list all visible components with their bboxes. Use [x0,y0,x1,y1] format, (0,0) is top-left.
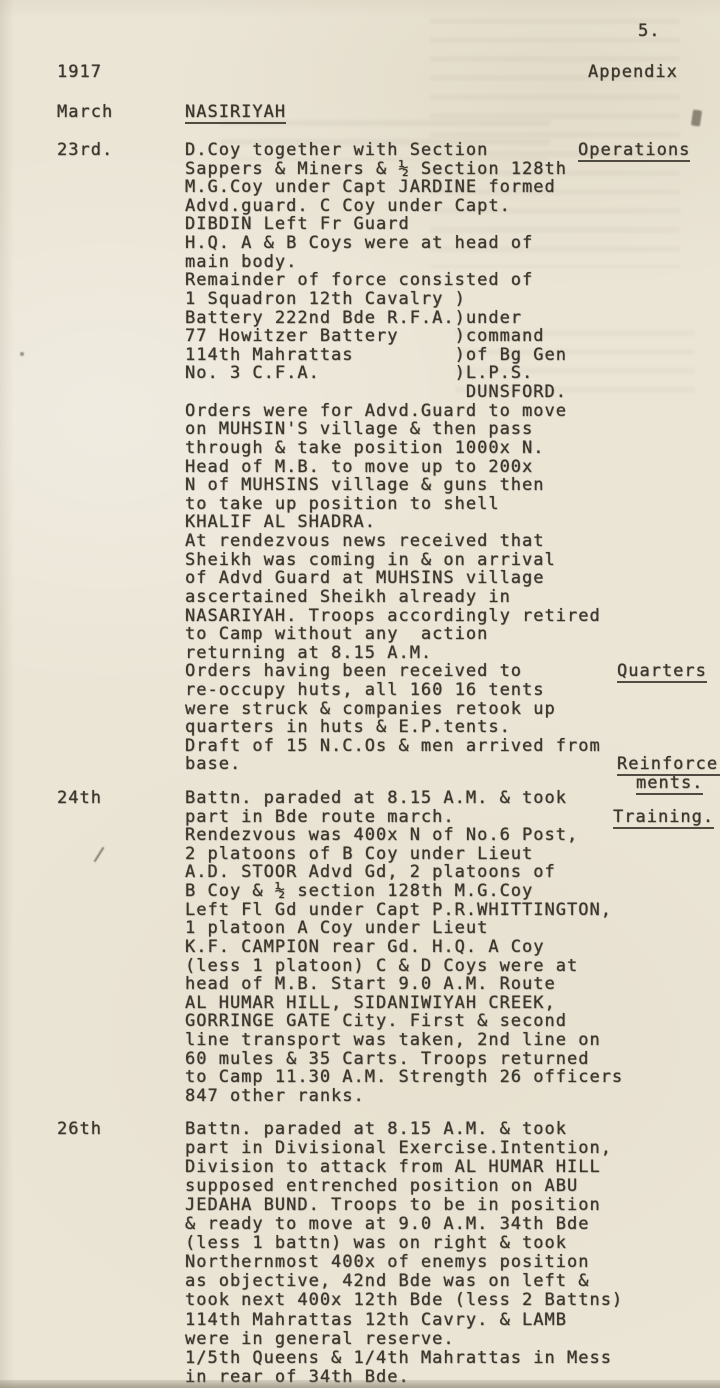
entry-line: main body. [185,253,297,271]
entry-line: supposed entrenched position on ABU [185,1177,578,1195]
entry-line: Rendezvous was 400x N of No.6 Post, [185,826,578,844]
entry-date: 24th [57,789,102,807]
entry-line: Battn. paraded at 8.15 A.M. & took [185,789,567,807]
entry-line: 114th Mahrattas )of Bg Gen [185,346,567,364]
appendix-label: Appendix [588,63,678,81]
entry-line: AL HUMAR HILL, SIDANIWIYAH CREEK, [185,994,556,1012]
entry-line: (less 1 battn) was on right & took [185,1234,567,1252]
ink-dot [20,352,24,356]
entry-line: B Coy & ½ section 128th M.G.Coy [185,882,533,900]
entry-line: through & take position 1000x N. [185,439,545,457]
entry-line: KHALIF AL SHADRA. [185,513,376,531]
entry-line: 1 platoon A Coy under Lieut [185,919,488,937]
entry-line: were struck & companies retook up [185,700,556,718]
entry-line: DUNSFORD. [185,383,567,401]
entry-line: Orders were for Advd.Guard to move [185,402,567,420]
entry-line: line transport was taken, 2nd line on [185,1031,601,1049]
entry-line: part in Bde route march. [185,808,455,826]
entry-line: K.F. CAMPION rear Gd. H.Q. A Coy [185,938,545,956]
entry-line: 77 Howitzer Battery )command [185,327,545,345]
entry-line: At rendezvous news received that [185,532,545,550]
entry-line: 1 Squadron 12th Cavalry ) [185,290,466,308]
entry-date: 23rd. [57,141,113,159]
margin-note: ments. [636,774,703,795]
document-page: 5. 1917 Appendix MarchNASIRIYAH23rd.D.Co… [0,0,720,1388]
entry-line: Left Fl Gd under Capt P.R.WHITTINGTON, [185,901,612,919]
pen-stroke [94,847,105,862]
year-label: 1917 [57,63,102,81]
entry-line: took next 400x 12th Bde (less 2 Battns) [185,1291,623,1309]
entry-line: Advd.guard. C Coy under Capt. [185,197,511,215]
entry-line: Division to attack from AL HUMAR HILL [185,1158,601,1176]
entry-line: Sappers & Miners & ½ Section 128th [185,160,567,178]
entry-line: part in Divisional Exercise.Intention, [185,1139,612,1157]
entry-line: on MUHSIN'S village & then pass [185,420,533,438]
entry-line: No. 3 C.F.A. )L.P.S. [185,364,533,382]
ink-smudge [691,109,702,126]
entry-line: NASARIYAH. Troops accordingly retired [185,607,601,625]
entry-line: Battn. paraded at 8.15 A.M. & took [185,1120,567,1138]
section-heading: NASIRIYAH [185,103,286,124]
entry-line: A.D. STOOR Advd Gd, 2 platoons of [185,863,556,881]
entry-line: & ready to move at 9.0 A.M. 34th Bde [185,1215,589,1233]
entry-line: 1/5th Queens & 1/4th Mahrattas in Mess [185,1349,612,1367]
margin-note: Training. [613,808,714,829]
entry-line: in rear of 34th Bde. [185,1368,410,1386]
margin-note: Operations [578,141,690,162]
entry-line: to Camp 11.30 A.M. Strength 26 officers [185,1068,623,1086]
entry-date: March [57,103,113,121]
entry-line: H.Q. A & B Coys were at head of [185,234,533,252]
entry-line: returning at 8.15 A.M. [185,644,432,662]
page-number: 5. [638,22,660,40]
entry-line: head of M.B. Start 9.0 A.M. Route [185,975,556,993]
entry-line: JEDAHA BUND. Troops to be in position [185,1196,601,1214]
entry-line: Northernmost 400x of enemys position [185,1253,589,1271]
entry-line: of Advd Guard at MUHSINS village [185,569,545,587]
entry-line: re-occupy huts, all 160 16 tents [185,681,545,699]
entry-line: Draft of 15 N.C.Os & men arrived from [185,737,601,755]
entry-line: GORRINGE GATE City. First & second [185,1012,567,1030]
entry-date: 26th [57,1120,102,1138]
entry-line: quarters in huts & E.P.tents. [185,718,511,736]
entry-line: base. [185,755,241,773]
entry-line: 60 mules & 35 Carts. Troops returned [185,1050,589,1068]
entry-line: Sheikh was coming in & on arrival [185,551,556,569]
entry-line: DIBDIN Left Fr Guard [185,215,410,233]
entry-line: Orders having been received to [185,662,522,680]
entry-line: D.Coy together with Section [185,141,488,159]
entry-line: Remainder of force consisted of [185,271,533,289]
margin-note: Quarters [617,662,707,683]
entry-line: ascertained Sheikh already in [185,588,511,606]
entry-line: as objective, 42nd Bde was on left & [185,1272,589,1290]
entry-line: to take up position to shell [185,495,500,513]
entry-line: (less 1 platoon) C & D Coys were at [185,957,578,975]
entry-line: 847 other ranks. [185,1087,365,1105]
entry-line: Head of M.B. to move up to 200x [185,458,533,476]
entry-line: N of MUHSINS village & guns then [185,476,545,494]
entry-line: Battery 222nd Bde R.F.A.)under [185,309,522,327]
entry-line: to Camp without any action [185,625,488,643]
entry-line: 114th Mahrattas 12th Cavry. & LAMB [185,1311,567,1329]
entry-line: were in general reserve. [185,1330,455,1348]
entry-line: 2 platoons of B Coy under Lieut [185,845,533,863]
entry-line: M.G.Coy under Capt JARDINE formed [185,178,556,196]
